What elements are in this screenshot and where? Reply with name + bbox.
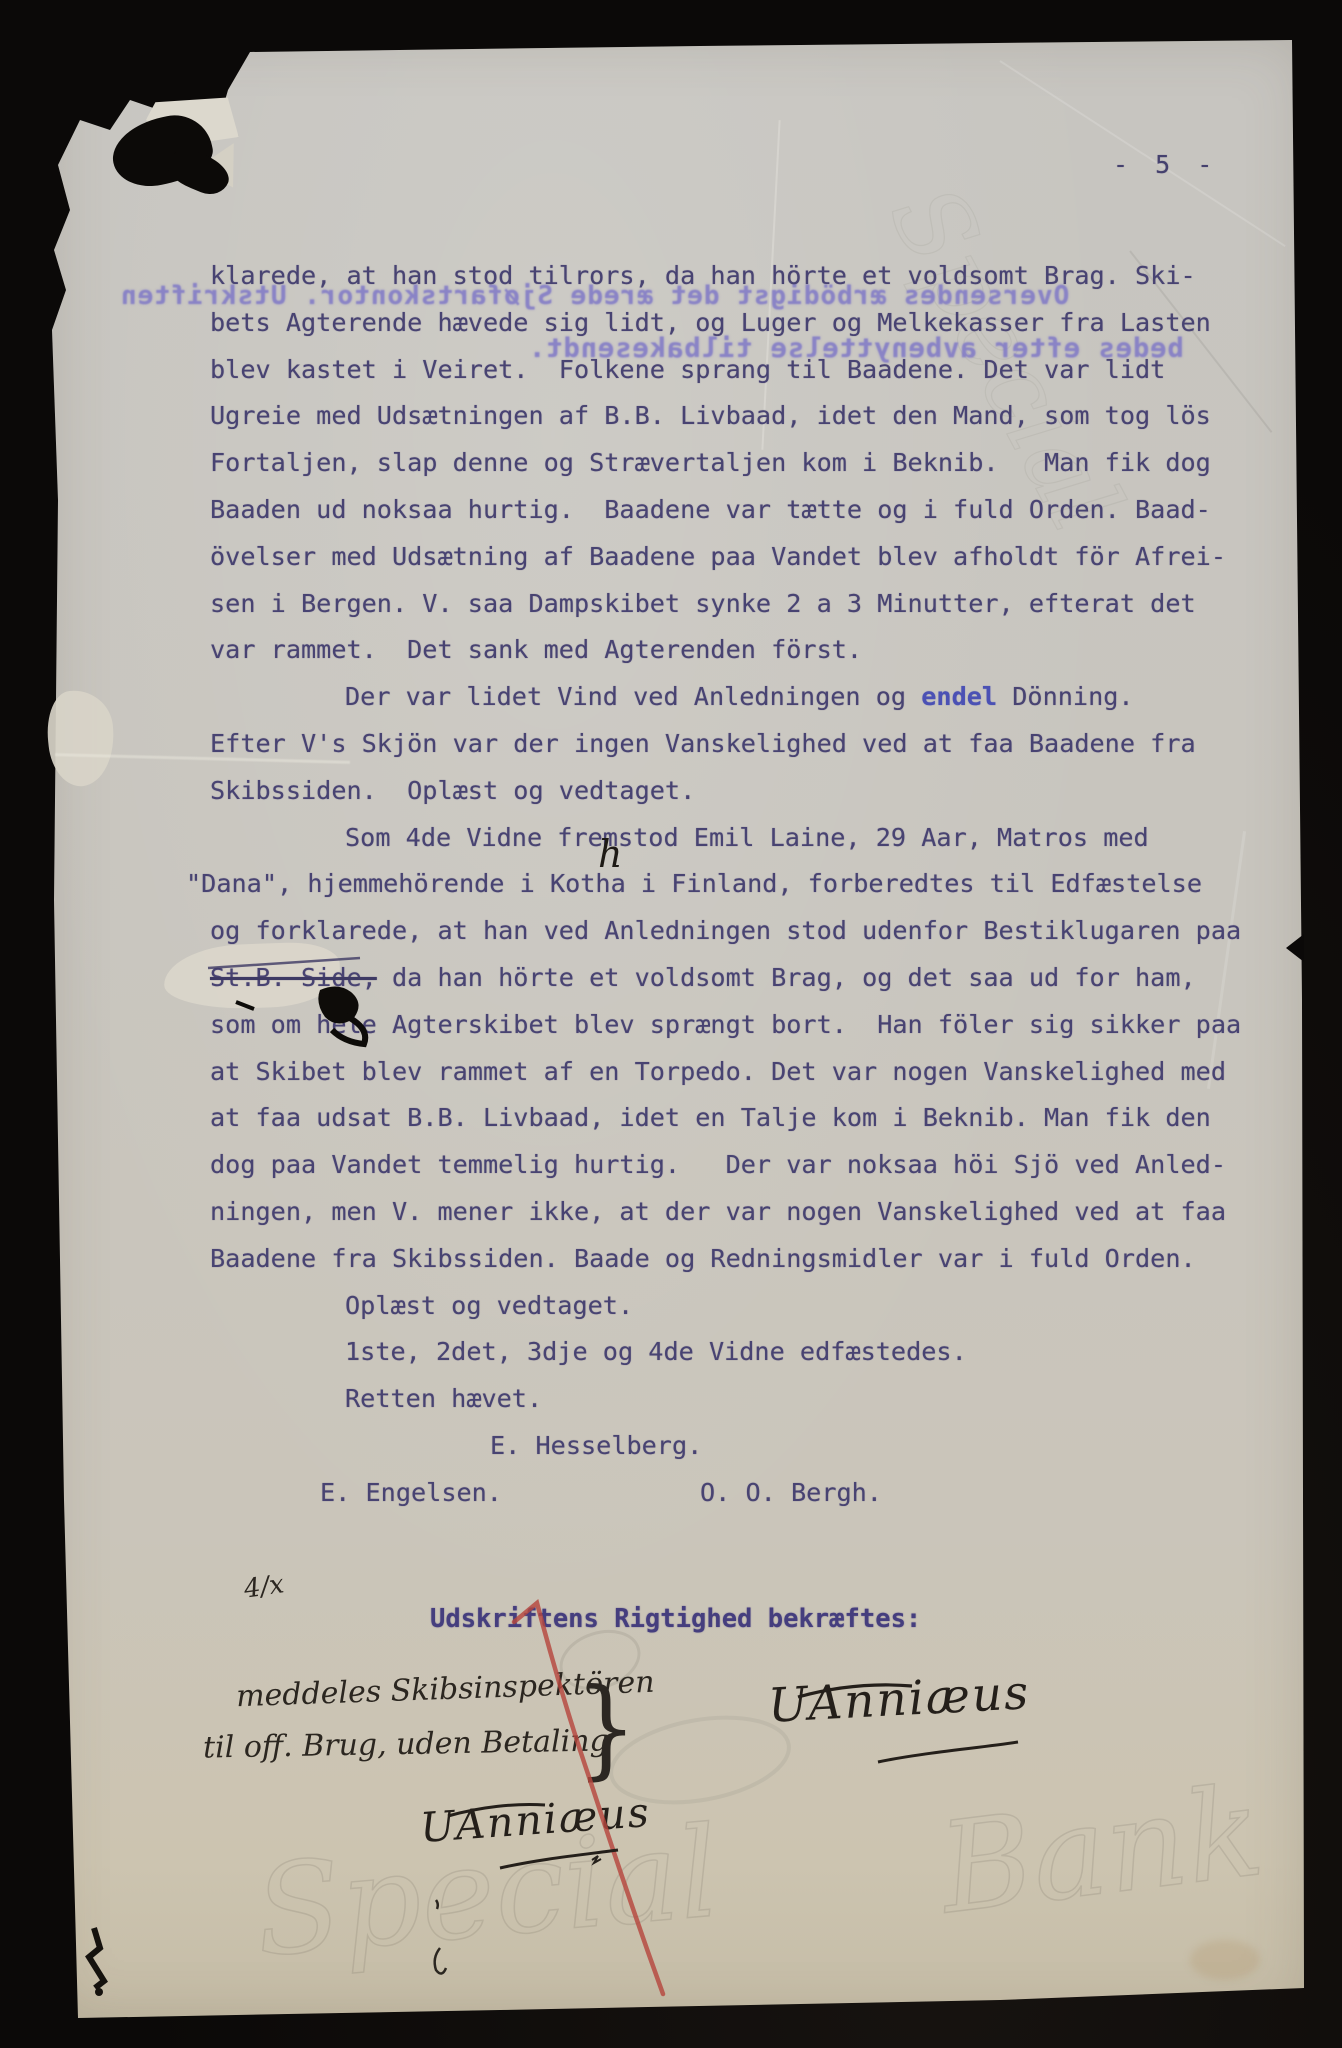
typewritten-line: bets Agterende hævede sig lidt, og Luger… [210, 308, 1211, 337]
typewritten-segment: "Dana", hjemmehörende i Kotha i Finland,… [186, 869, 1202, 898]
typewritten-line: Oplæst og vedtaget. [345, 1291, 633, 1320]
typewritten-segment: Baadene fra Skibssiden. Baade og Redning… [210, 1244, 1196, 1273]
typewritten-segment: Som 4de Vidne fremstod Emil Laine, 29 Aa… [345, 823, 1149, 852]
typewritten-segment: Ugreie med Udsætningen af B.B. Livbaad, … [210, 401, 1211, 430]
typewritten-line: Baadene fra Skibssiden. Baade og Redning… [210, 1244, 1196, 1273]
page-number: - 5 - [1113, 150, 1218, 179]
typewritten-line: Skibssiden. Oplæst og vedtaget. [210, 776, 695, 805]
typewritten-segment-ins: endel [921, 682, 997, 711]
handwritten-note-line2: til off. Brug, uden Betaling [203, 1723, 609, 1765]
typewritten-line: Som 4de Vidne fremstod Emil Laine, 29 Aa… [345, 823, 1149, 852]
typewritten-segment: som om hele Agterskibet blev sprængt bor… [210, 1010, 1241, 1039]
typewritten-line: at Skibet blev rammet af en Torpedo. Det… [210, 1057, 1226, 1086]
typewritten-line: St.B. Side, da han hörte et voldsomt Bra… [210, 963, 1196, 992]
typewritten-segment: blev kastet i Veiret. Folkene sprang til… [210, 355, 1165, 384]
scanned-document-page: Special Bank Special Oversendes ærbödigs… [0, 0, 1342, 2048]
typewritten-segment: var rammet. Det sank med Agterenden förs… [210, 635, 862, 664]
typewritten-segment: Baaden ud noksaa hurtig. Baadene var tæt… [210, 495, 1211, 524]
typewritten-line: Der var lidet Vind ved Anledningen og en… [345, 682, 1134, 711]
typewritten-segment: 1ste, 2det, 3dje og 4de Vidne edfæstedes… [345, 1337, 967, 1366]
typewritten-segment: Der var lidet Vind ved Anledningen og [345, 682, 921, 711]
typewritten-segment: da han hörte et voldsomt Brag, og det sa… [377, 963, 1196, 992]
typewritten-segment: at Skibet blev rammet af en Torpedo. Det… [210, 1057, 1226, 1086]
typewritten-line: Efter V's Skjön var der ingen Vanskeligh… [210, 729, 1196, 758]
typewritten-line: Fortaljen, slap denne og Strævertaljen k… [210, 448, 1211, 477]
typewritten-line: dog paa Vandet temmelig hurtig. Der var … [210, 1150, 1226, 1179]
pen-correction-h: h [598, 832, 622, 876]
typewritten-line: at faa udsat B.B. Livbaad, idet en Talje… [210, 1103, 1211, 1132]
certification-line: Udskriftens Rigtighed bekræftes: [430, 1604, 921, 1634]
typewritten-line: som om hele Agterskibet blev sprængt bor… [210, 1010, 1241, 1039]
typewritten-line: 1ste, 2det, 3dje og 4de Vidne edfæstedes… [345, 1337, 967, 1366]
typewritten-line: "Dana", hjemmehörende i Kotha i Finland,… [186, 869, 1202, 898]
typewritten-segment: övelser med Udsætning af Baadene paa Van… [210, 542, 1226, 571]
typewritten-segment: E. Engelsen. [320, 1478, 502, 1507]
typewritten-line: O. O. Bergh. [700, 1478, 882, 1507]
typewritten-segment: ningen, men V. mener ikke, at der var no… [210, 1197, 1226, 1226]
typewritten-line: Baaden ud noksaa hurtig. Baadene var tæt… [210, 495, 1211, 524]
handwritten-brace: } [576, 1665, 637, 1790]
typewritten-segment: og forklarede, at han ved Anledningen st… [210, 916, 1241, 945]
typewritten-segment: O. O. Bergh. [700, 1478, 882, 1507]
typewritten-line: ningen, men V. mener ikke, at der var no… [210, 1197, 1226, 1226]
typewritten-segment: Efter V's Skjön var der ingen Vanskeligh… [210, 729, 1196, 758]
typewritten-line: klarede, at han stod tilrors, da han hör… [210, 261, 1196, 290]
typewritten-segment: Dönning. [997, 682, 1133, 711]
typewritten-segment: dog paa Vandet temmelig hurtig. Der var … [210, 1150, 1226, 1179]
typewritten-line: blev kastet i Veiret. Folkene sprang til… [210, 355, 1165, 384]
typewritten-line: E. Hesselberg. [490, 1431, 702, 1460]
typewritten-line: Retten hævet. [345, 1384, 542, 1413]
handwritten-margin-mark: 4/x [242, 1569, 286, 1604]
typewritten-line: övelser med Udsætning af Baadene paa Van… [210, 542, 1226, 571]
typewritten-segment: bets Agterende hævede sig lidt, og Luger… [210, 308, 1211, 337]
typewritten-segment: E. Hesselberg. [490, 1431, 702, 1460]
typewritten-segment: Oplæst og vedtaget. [345, 1291, 633, 1320]
typewritten-segment: Fortaljen, slap denne og Strævertaljen k… [210, 448, 1211, 477]
typewritten-line: var rammet. Det sank med Agterenden förs… [210, 635, 862, 664]
typewritten-segment-strike: St.B. Side, [210, 963, 377, 992]
typewritten-segment: sen i Bergen. V. saa Dampskibet synke 2 … [210, 589, 1196, 618]
typewritten-line: Ugreie med Udsætningen af B.B. Livbaad, … [210, 401, 1211, 430]
typewritten-segment: klarede, at han stod tilrors, da han hör… [210, 261, 1196, 290]
typewritten-segment: at faa udsat B.B. Livbaad, idet en Talje… [210, 1103, 1211, 1132]
typewritten-segment: Retten hævet. [345, 1384, 542, 1413]
typewritten-line: sen i Bergen. V. saa Dampskibet synke 2 … [210, 589, 1196, 618]
typewritten-line: E. Engelsen. [320, 1478, 502, 1507]
typewritten-line: og forklarede, at han ved Anledningen st… [210, 916, 1241, 945]
typewritten-segment: Skibssiden. Oplæst og vedtaget. [210, 776, 695, 805]
